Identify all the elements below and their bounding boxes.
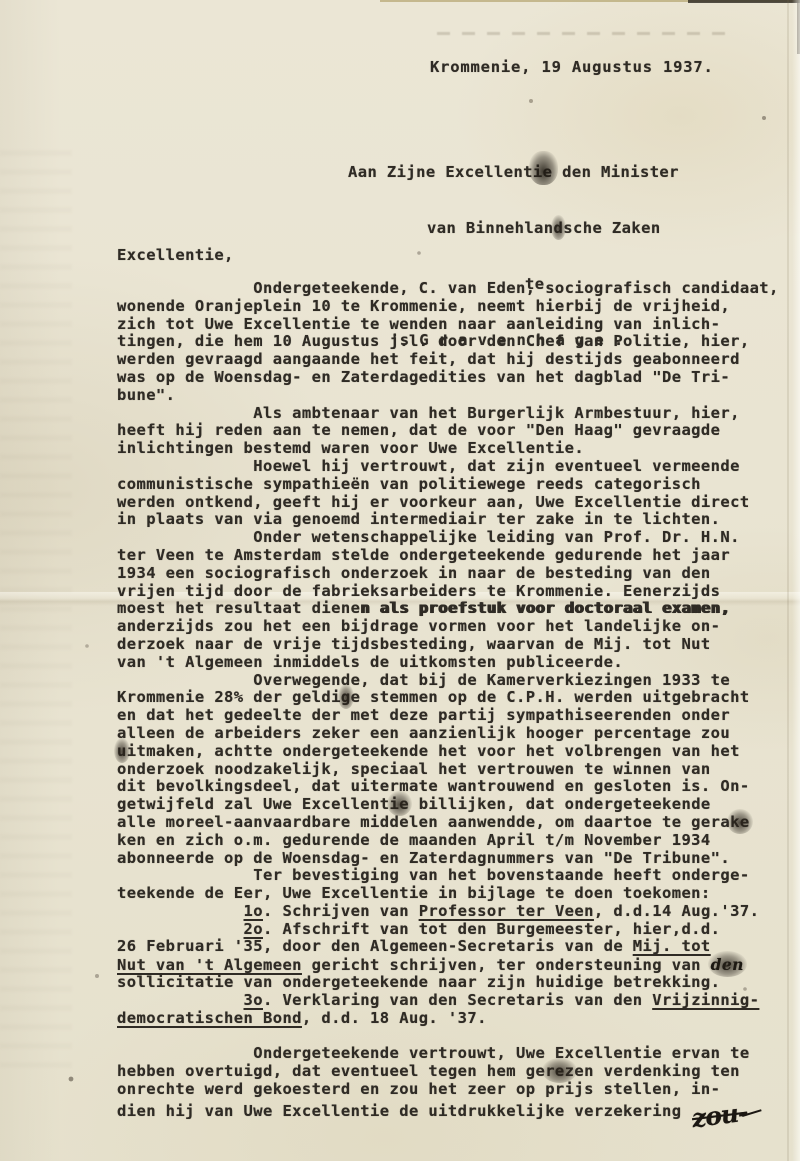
letter-line: in plaats van via genoemd intermediair t… [117,511,789,529]
text-segment: rez [545,1062,574,1080]
text-segment: , d.d.14 Aug.'37. [594,902,759,920]
text-segment: d [554,219,564,237]
text-segment: den [711,955,744,974]
letter-line: alleen de arbeiders zeker een aanzienlij… [117,725,789,743]
text-segment: Als ambtenaar van het Burgerlijk Armbest… [117,404,740,422]
text-segment: den Minister [552,163,679,181]
text-segment [117,991,244,1009]
text-segment: zich tot Uwe Excellentie te wenden naar … [117,315,720,333]
letter-line: dit bevolkingsdeel, dat uitermate wantro… [117,778,789,796]
letter-line: bune". [117,387,789,405]
text-segment: ie [533,163,552,181]
text-segment: , d.d. 18 Aug. '37. [302,1009,487,1027]
letter-line: hebben overtuigd, dat eventueel tegen he… [117,1063,789,1081]
letter-line: Nut van 't Algemeen gericht schrijven, t… [117,956,789,974]
text-segment: u [117,742,127,760]
text-segment: anderzijds zou het een bijdrage vormen v… [117,617,720,635]
text-segment [117,920,244,938]
letter-line: Ondergeteekende vertrouwt, Uwe Excellent… [117,1045,789,1063]
letter-line: dien hij van Uwe Excellentie de uitdrukk… [117,1099,789,1117]
scan-edge-top-dark [688,0,800,3]
text-segment: bune". [117,386,175,404]
text-segment: . Verklaring van den Secretaris van den [263,991,652,1009]
letter-line: werden gevraagd aangaande het feit, dat … [117,351,789,369]
ink-specks [0,0,2,2]
letter-line: Hoewel hij vertrouwt, dat zijn eventueel… [117,458,789,476]
letter-line: inlichtingen bestemd waren voor Uwe Exce… [117,440,789,458]
letter-line: zich tot Uwe Excellentie te wenden naar … [117,316,789,334]
text-segment: Onder wetenschappelijke leiding van Prof… [117,528,740,546]
text-segment: 26 Februari '35, door den Algemeen-Secre… [117,937,633,955]
text-segment: ke [730,813,749,831]
letter-line: was op de Woensdag- en Zaterdagedities v… [117,369,789,387]
text-segment [117,902,244,920]
letter-line: 2o. Afschrift van tot den Burgemeester, … [117,921,789,939]
letter-line: democratischen Bond, d.d. 18 Aug. '37. [117,1010,789,1028]
letter-line: Krommenie 28% der geldige stemmen op de … [117,689,789,707]
text-segment: in plaats van via genoemd intermediair t… [117,510,720,528]
letter-line: onrechte werd gekoesterd en zou het zeer… [117,1081,789,1099]
text-segment: teekende de Eer, Uwe Excellentie in bijl… [117,884,711,902]
text-segment: billijken, dat ondergeteekende [409,795,711,813]
letter-line: getwijfeld zal Uwe Excellentie billijken… [117,796,789,814]
address-line-2: van Binnehlandsche Zaken [427,218,679,238]
text-segment: dien hij van Uwe Excellentie de uitdrukk… [117,1102,691,1120]
letter-line: werden ontkend, geeft hij er voorkeur aa… [117,494,789,512]
text-segment: Ondergeteekende vertrouwt, Uwe Excellent… [117,1044,750,1062]
letter-line: uitmaken, achtte ondergeteekende het voo… [117,743,789,761]
text-segment: moest het resultaat diene [117,599,360,617]
text-segment: was op de Woensdag- en Zaterdagedities v… [117,368,730,386]
text-segment: . Schrijven van [263,902,419,920]
text-segment: werden gevraagd aangaande het feit, dat … [117,350,740,368]
letter-line: van 't Algemeen inmiddels de uitkomsten … [117,654,789,672]
text-segment: hebben overtuigd, dat eventueel tegen he… [117,1062,545,1080]
letter-line: ter Veen te Amsterdam stelde ondergeteek… [117,547,789,565]
address-line-1: Aan Zijne Excellentie den Minister [348,162,679,182]
letter-line: moest het resultaat dienen als proefstuk… [117,600,789,618]
letter-line: teekende de Eer, Uwe Excellentie in bijl… [117,885,789,903]
salutation: Excellentie, [117,246,234,264]
text-segment: Ter bevestiging van het bovenstaande hee… [117,866,750,884]
text-segment: 1o [244,902,263,920]
letter-line: Onder wetenschappelijke leiding van Prof… [117,529,789,547]
letter-line: ken en zich o.m. gedurende de maanden Ap… [117,832,789,850]
letter-line: alle moreel-aanvaardbare middelen aanwen… [117,814,789,832]
text-segment: alle moreel-aanvaardbare middelen aanwen… [117,813,730,831]
text-segment: . Afschrift van tot den Burgemeester, hi… [263,920,720,938]
letter-line: derzoek naar de vrije tijdsbesteding, wa… [117,636,789,654]
letter-line: 3o. Verklaring van den Secretaris van de… [117,992,789,1010]
text-segment: ter Veen te Amsterdam stelde ondergeteek… [117,546,730,564]
text-segment: onrechte werd gekoesterd en zou het zeer… [117,1080,720,1098]
text-segment: abonneerde op de Woensdag- en Zaterdagnu… [117,849,730,867]
letter-line: 1o. Schrijven van Professor ter Veen, d.… [117,903,789,921]
text-segment: Hoewel hij vertrouwt, dat zijn eventueel… [117,457,740,475]
letter-line: onderzoek noodzakelijk, speciaal het ver… [117,761,789,779]
text-segment: werden ontkend, geeft hij er voorkeur aa… [117,493,750,511]
text-segment: en dat het gedeelte der met deze partij … [117,706,730,724]
letter-line: tingen, die hem 10 Augustus j.l. door de… [117,333,789,351]
text-segment: alleen de arbeiders zeker een aanzienlij… [117,724,730,742]
text-segment: n als proefstuk voor doctoraal examen, [360,599,730,617]
text-segment: Nut van 't Algemeen [117,956,302,974]
letter-line: wonende Oranjeplein 10 te Krommenie, nee… [117,298,789,316]
text-segment: tingen, die hem 10 Augustus j.l. door de… [117,332,750,350]
text-segment: gericht schrijven, ter ondersteuning van [302,956,711,974]
text-segment: sche Zaken [563,219,660,237]
letter-line: Ter bevestiging van het bovenstaande hee… [117,867,789,885]
text-segment: inlichtingen bestemd waren voor Uwe Exce… [117,439,584,457]
letter-line: 26 Februari '35, door den Algemeen-Secre… [117,938,789,956]
letter-paper: Krommenie, 19 Augustus 1937. Aan Zijne E… [0,0,800,1161]
letter-line: heeft hij reden aan te nemen, dat de voo… [117,422,789,440]
text-segment: 1934 een sociografisch onderzoek in naar… [117,564,711,582]
text-segment: onderzoek noodzakelijk, speciaal het ver… [117,760,711,778]
text-segment: Overwegende, dat bij de Kamerverkiezinge… [117,671,730,689]
letter-line [117,1027,789,1045]
text-segment: van Binnehlan [427,219,554,237]
letter-line: sollicitatie van ondergeteekende naar zi… [117,974,789,992]
letter-line: Overwegende, dat bij de Kamerverkiezinge… [117,672,789,690]
text-segment: vrijen tijd door de fabrieksarbeiders te… [117,582,720,600]
text-segment: derzoek naar de vrije tijdsbesteding, wa… [117,635,711,653]
bleedthrough-left-margin [0,150,72,1070]
text-segment: dit bevolkingsdeel, dat uitermate wantro… [117,777,750,795]
letter-line: anderzijds zou het een bijdrage vormen v… [117,618,789,636]
text-segment: heeft hij reden aan te nemen, dat de voo… [117,421,720,439]
bleedthrough-dashes [437,32,737,35]
letter-line: abonneerde op de Woensdag- en Zaterdagnu… [117,850,789,868]
text-segment: wonende Oranjeplein 10 te Krommenie, nee… [117,297,730,315]
paper-right-edge-highlight [792,0,800,1161]
text-segment: van 't Algemeen inmiddels de uitkomsten … [117,653,623,671]
text-segment: ken en zich o.m. gedurende de maanden Ap… [117,831,711,849]
text-segment: en verdenking ten [574,1062,739,1080]
text-segment: Krommenie 28% der geldi [117,688,341,706]
letter-line: en dat het gedeelte der met deze partij … [117,707,789,725]
letter-body: Ondergeteekende, C. van Eden, sociografi… [117,280,789,1116]
text-segment: zou- [691,1101,764,1127]
letter-line: 1934 een sociografisch onderzoek in naar… [117,565,789,583]
text-segment: getwijfeld zal Uwe Excellent [117,795,390,813]
text-segment: g [341,688,351,706]
text-segment: itmaken, achtte ondergeteekende het voor… [127,742,740,760]
text-segment: Vrijzinnig- [652,991,759,1009]
text-segment: sollicitatie van ondergeteekende naar zi… [117,973,720,991]
text-segment: Aan Zijne Excellent [348,163,533,181]
text-segment: e stemmen op de C.P.H. werden uitgebrach… [351,688,750,706]
text-segment: communistische sympathieën van politiewe… [117,475,701,493]
text-segment: ie [390,795,409,813]
letter-line: communistische sympathieën van politiewe… [117,476,789,494]
text-segment: democratischen Bond [117,1009,302,1027]
dateline: Krommenie, 19 Augustus 1937. [430,58,714,76]
text-segment: Ondergeteekende, C. van Eden, sociografi… [117,279,779,297]
text-segment: Professor ter Veen [419,902,594,920]
scanned-letter-page: { "letter": { "dateline": "Krommenie, 19… [0,0,800,1161]
text-segment: 3o [244,991,263,1009]
text-segment: Mij. tot [633,937,711,955]
letter-line: Als ambtenaar van het Burgerlijk Armbest… [117,405,789,423]
letter-line: Ondergeteekende, C. van Eden, sociografi… [117,280,789,298]
letter-line: vrijen tijd door de fabrieksarbeiders te… [117,583,789,601]
text-segment: 2o [244,920,263,938]
